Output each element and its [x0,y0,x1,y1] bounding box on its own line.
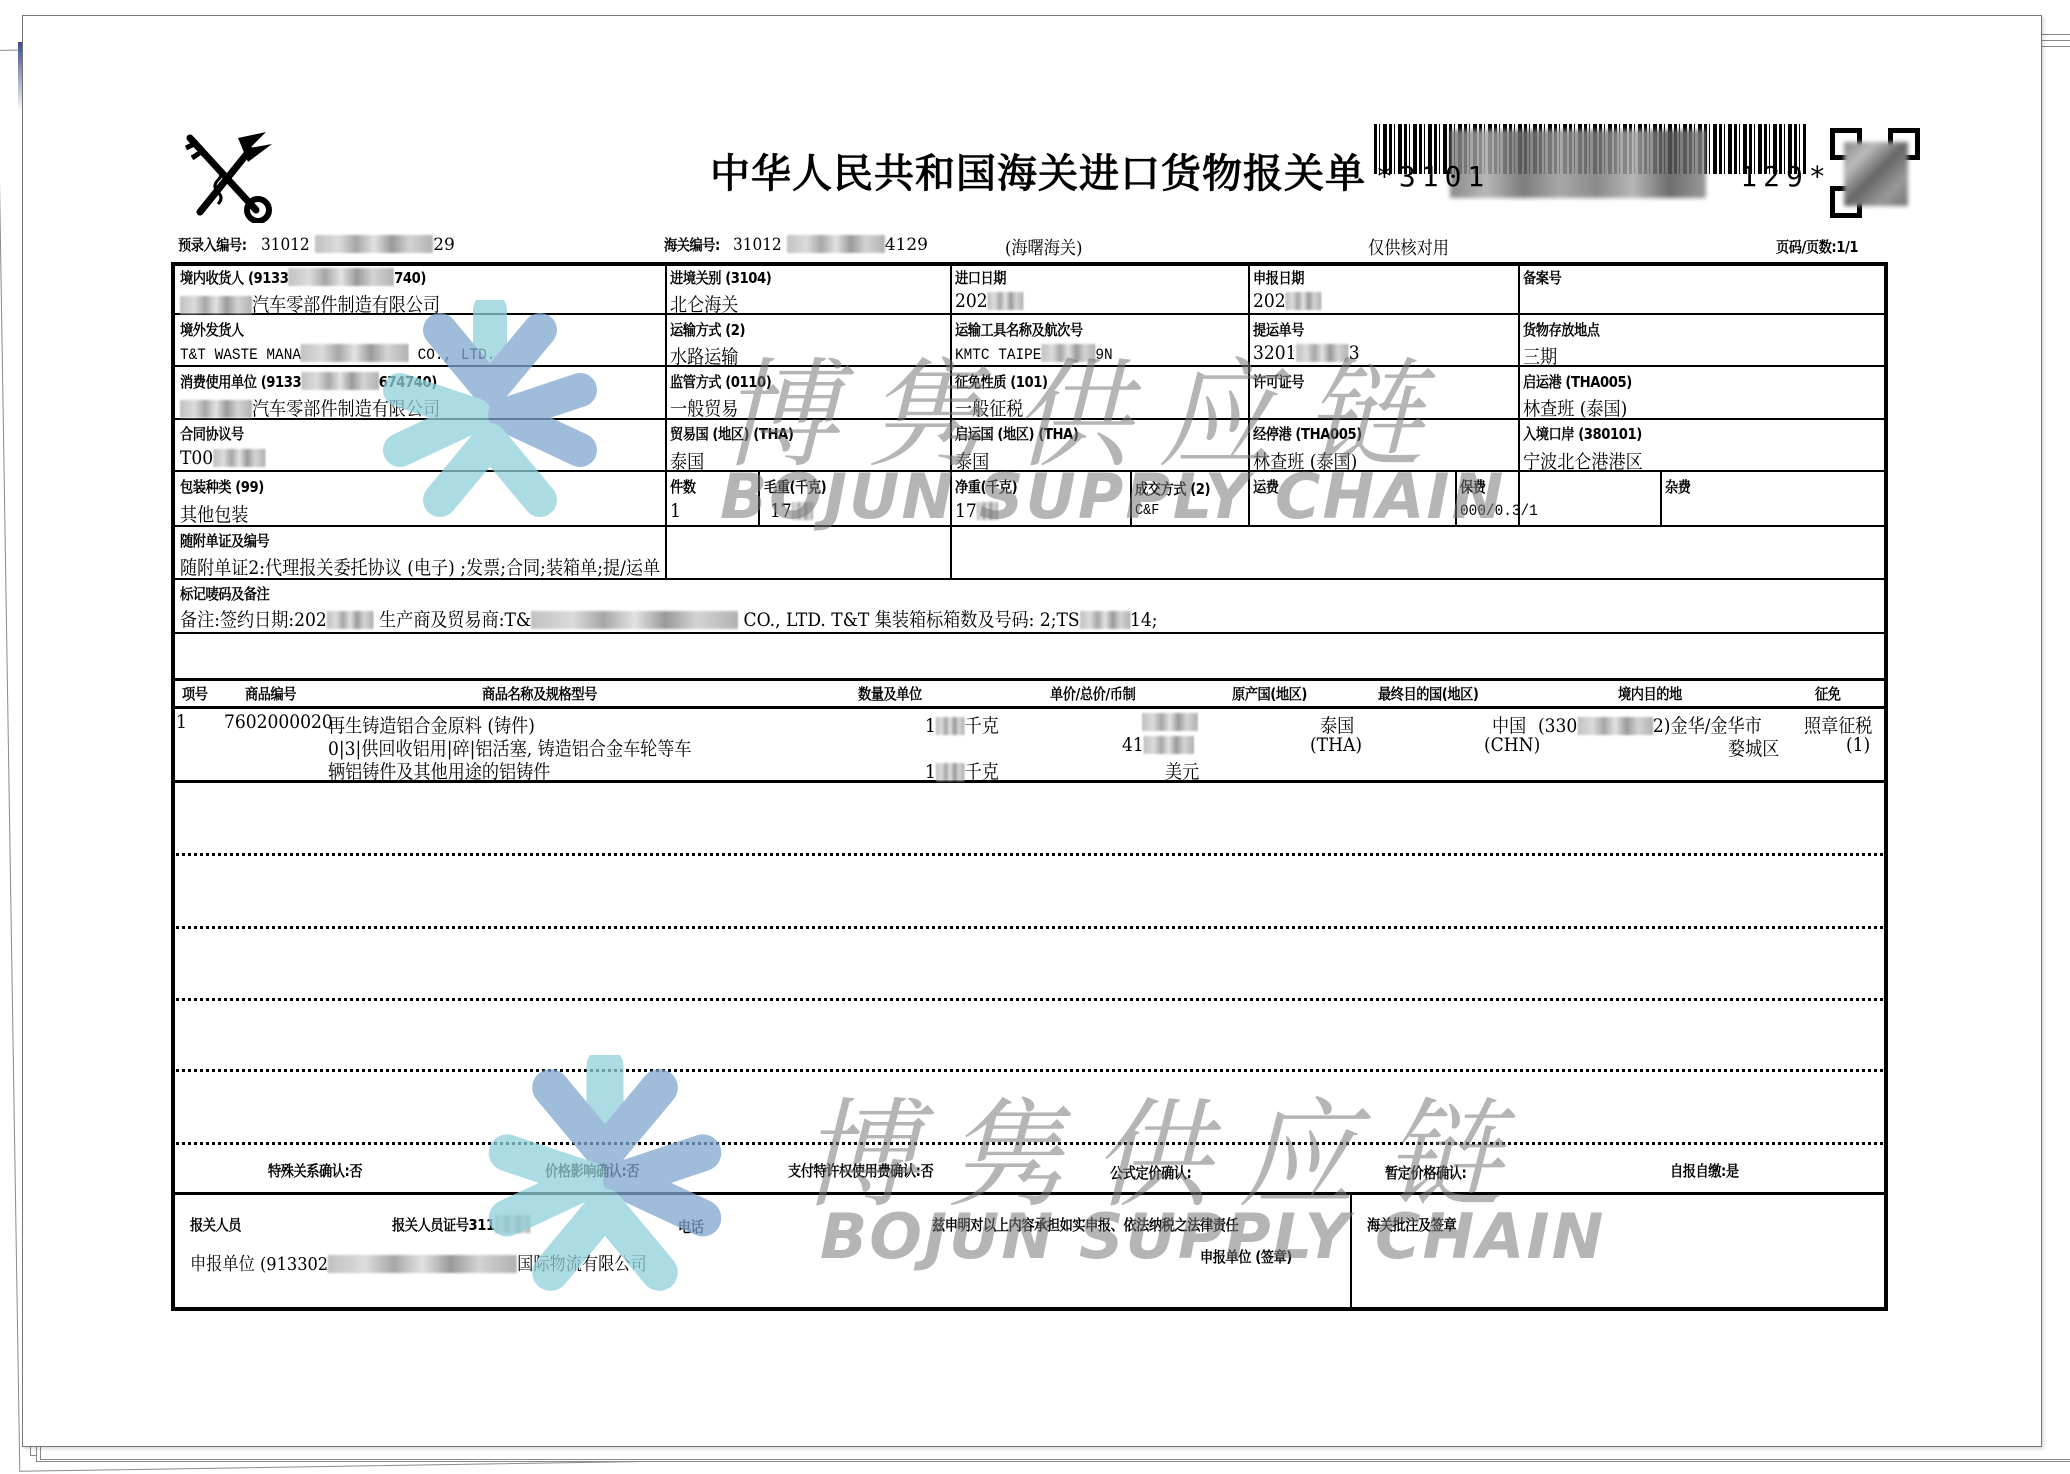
pieces-value: 1 [670,500,681,522]
misc-fee-label: 杂费 [1665,476,1691,497]
col-header-hs-code: 商品编号 [245,683,296,704]
import-date-label: 进口日期 [955,267,1006,288]
vessel-label: 运输工具名称及航次号 [955,319,1083,340]
provisional-price-confirm: 暂定价格确认: [1385,1162,1466,1183]
entry-customs-label: 进境关别 (3104) [670,267,771,288]
supervision-mode-label: 监管方式 (0110) [670,371,771,392]
unit-price [1142,711,1198,733]
attached-docs-value: 随附单证2:代理报关委托协议 (电子) ;发票;合同;装箱单;提/运单 [180,553,660,580]
destination-code: (CHN) [1484,734,1540,756]
col-header-goods-name: 商品名称及规格型号 [482,683,597,704]
transit-port-value: 林查班 (泰国) [1253,447,1357,474]
license-no-label: 许可证号 [1253,371,1304,392]
import-date-value: 202 [955,290,1024,312]
special-relation-confirm: 特殊关系确认:否 [268,1160,362,1181]
net-weight-value: 17 [955,500,998,522]
customs-emblem-icon [178,128,278,223]
col-header-domestic-dest: 境内目的地 [1618,683,1682,704]
transaction-mode-value: C&F [1135,502,1159,519]
col-header-price: 单价/总价/币制 [1050,683,1135,704]
declare-date-value: 202 [1253,290,1322,312]
self-report-confirm: 自报自缴:是 [1670,1160,1739,1181]
transit-port-label: 经停港 (THA005) [1253,423,1362,444]
item-no: 1 [176,711,187,733]
trade-country-label: 贸易国 (地区) (THA) [670,423,793,444]
col-header-levy: 征免 [1815,683,1841,704]
declarant-seal: 申报单位 (签章) [1200,1246,1292,1267]
goods-name-line3: 辆铝铸件及其他用途的铝铸件 [328,757,550,784]
bill-no-label: 提运单号 [1253,319,1304,340]
record-no-label: 备案号 [1523,267,1561,288]
origin-country-value: 泰国 [955,447,989,474]
insurance-label: 保费 [1460,476,1486,497]
package-type-value: 其他包装 [180,500,248,527]
pieces-label: 件数 [670,476,696,497]
gross-weight-value: 17 [770,500,813,522]
pre-entry-number: 预录入编号: 3101229 [178,234,455,255]
remarks-label: 标记唛码及备注 [180,583,269,604]
customs-annotation-label: 海关批注及签章 [1367,1214,1456,1235]
transport-mode-value: 水路运输 [670,342,738,369]
col-header-quantity: 数量及单位 [858,683,922,704]
declare-date-label: 申报日期 [1253,267,1304,288]
formula-pricing-confirm: 公式定价确认: [1110,1162,1191,1183]
declarant-label: 报关人员 [190,1214,241,1235]
entry-customs-value: 北仑海关 [670,290,738,317]
quantity-1: 1千克 [925,711,999,738]
departure-port-label: 启运港 (THA005) [1523,371,1632,392]
net-weight-label: 净重(千克) [955,476,1017,497]
domestic-destination-district: 婺城区 [1728,734,1779,761]
watermark-logo-icon [485,1055,725,1305]
document-title: 中华人民共和国海关进口货物报关单 [710,142,1366,199]
consignee-label: 境内收货人 (9133740) [180,267,426,288]
bill-no-value: 32013 [1253,342,1360,364]
gross-weight-label: 毛重(千克) [764,476,826,497]
customs-office: (海曙海关) [1005,234,1082,260]
origin-country-label: 启运国 (地区) (THA) [955,423,1078,444]
storage-place-value: 三期 [1523,342,1557,369]
contract-no-value: T00 [180,447,265,469]
levy-code: (1) [1846,734,1870,756]
transaction-mode-label: 成交方式 (2) [1135,478,1210,499]
col-header-item-no: 项号 [182,683,208,704]
transport-mode-label: 运输方式 (2) [670,319,745,340]
origin-code: (THA) [1310,734,1362,756]
trade-country-value: 泰国 [670,447,704,474]
col-header-destination: 最终目的国(地区) [1378,683,1479,704]
levy-nature-label: 征免性质 (101) [955,371,1048,392]
storage-place-label: 货物存放地点 [1523,319,1600,340]
supervision-mode-value: 一般贸易 [670,394,738,421]
departure-port-value: 林查班 (泰国) [1523,394,1627,421]
currency: 美元 [1165,757,1199,784]
barcode-number: *3101129* [1376,160,1832,193]
customs-number: 海关编号: 310124129 [664,234,928,255]
levy-nature-value: 一般征税 [955,394,1023,421]
page-number: 页码/页数:1/1 [1776,236,1858,257]
entry-port-label: 入境口岸 (380101) [1523,423,1642,444]
qr-code-icon [1830,128,1920,218]
legal-statement: 兹申明对以上内容承担如实申报、依法纳税之法律责任 [932,1214,1238,1235]
vessel-value: KMTC TAIPE9N [955,344,1113,364]
watermark-logo-icon [380,300,600,530]
entry-port-value: 宁波北仑港港区 [1523,447,1643,474]
contract-no-label: 合同协议号 [180,423,244,444]
shipper-label: 境外发货人 [180,319,244,340]
insurance-value: 000/0.3/1 [1460,502,1538,520]
attached-docs-label: 随附单证及编号 [180,530,269,551]
verification-note: 仅供核对用 [1368,234,1449,260]
total-price: 41 [1122,734,1194,756]
remarks-value: 备注:签约日期:202 生产商及贸易商:T& CO., LTD. T&T 集装箱… [180,605,1158,632]
col-header-origin: 原产国(地区) [1232,683,1307,704]
quantity-2: 1千克 [925,757,999,784]
package-type-label: 包装种类 (99) [180,476,264,497]
freight-label: 运费 [1253,476,1279,497]
hs-code: 7602000020 [224,711,333,733]
royalty-payment-confirm: 支付特许权使用费确认:否 [788,1160,933,1181]
